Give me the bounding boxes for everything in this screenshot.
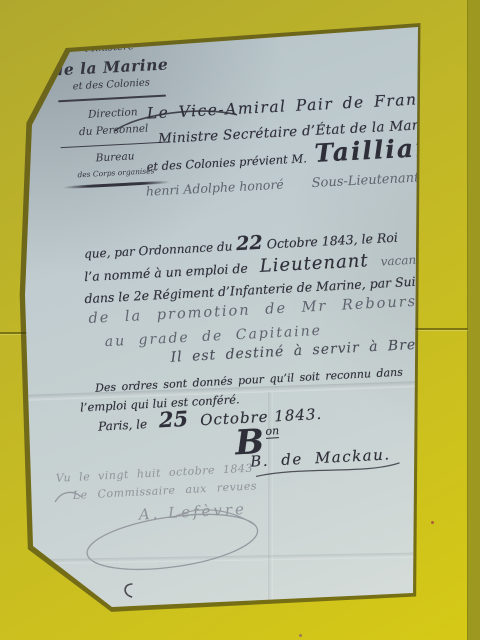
pencil-oval-flourish [78, 495, 267, 583]
body-text: vacant [380, 252, 421, 268]
ordinance-day: 22 [236, 232, 264, 255]
paper-sheet: Ministère de la Marine et des Colonies D… [0, 0, 480, 640]
mat-fold-line-right [414, 328, 468, 330]
baron-superscript: on [265, 424, 279, 439]
handwriting-layer: Ministère de la Marine et des Colonies D… [0, 0, 480, 640]
mat-edge-strip [467, 0, 480, 640]
stray-pencil-mark [119, 581, 136, 600]
ministry-line: et des Colonies [52, 76, 170, 93]
recipient-rank: Sous-Lieutenant [311, 170, 419, 191]
place-label: Paris, le [98, 417, 148, 434]
body-text: l’a nommé à un emploi de [84, 261, 248, 285]
date-day: 25 [158, 406, 189, 432]
letterhead-divider [58, 95, 166, 102]
ministry-line: de la Marine [51, 54, 170, 79]
dust-speck [299, 634, 302, 637]
photo-of-document: Ministère de la Marine et des Colonies D… [0, 0, 480, 640]
pencil-flourish [52, 487, 83, 507]
opening-line-prefix: et des Colonies prévient M. [146, 151, 307, 173]
appointed-rank: Lieutenant [259, 250, 369, 277]
closing-line: Des ordres sont donnés pour qu’il soit r… [95, 366, 403, 395]
body-text: Octobre 1843, le Roi [266, 230, 398, 252]
dust-speck [431, 521, 434, 524]
